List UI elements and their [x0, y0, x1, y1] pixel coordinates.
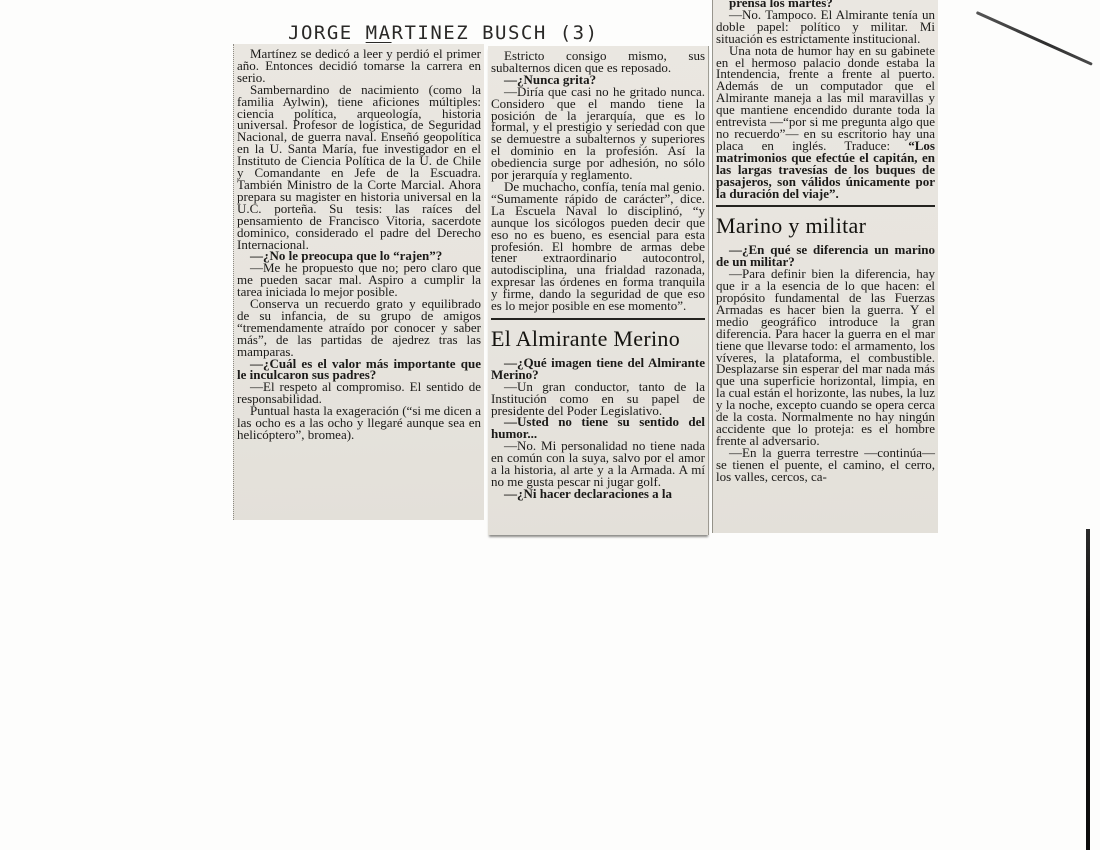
news-clipping-column-1: Martínez se dedicó a leer y perdió el pr… — [233, 44, 484, 520]
text-run: Martínez se dedicó a leer y perdió el pr… — [237, 46, 481, 85]
interview-question: —Usted no tiene su sentido del humor... — [491, 416, 705, 440]
text-run: Marino y militar — [716, 213, 866, 238]
paragraph: Una nota de humor hay en su gabinete en … — [716, 45, 935, 200]
text-run: —En la guerra terrestre —continúa— se ti… — [716, 445, 935, 484]
interview-question: —¿En qué se diferencia un marino de un m… — [716, 244, 935, 268]
text-run: Sambernardino de nacimiento (como la fam… — [237, 82, 481, 252]
paragraph: —Me he propuesto que no; pero claro que … — [237, 262, 481, 298]
underlined-text: MA — [366, 22, 392, 44]
paragraph: —No. Mi personalidad no tiene nada en co… — [491, 440, 705, 488]
paragraph: —No. Tampoco. El Almirante tenía un dobl… — [716, 9, 935, 45]
paragraph: Martínez se dedicó a leer y perdió el pr… — [237, 48, 481, 84]
text-run: —Me he propuesto que no; pero claro que … — [237, 260, 481, 299]
text-run: —No. Mi personalidad no tiene nada en co… — [491, 438, 705, 489]
section-divider — [716, 205, 935, 207]
typed-caption: JORGE MARTINEZ BUSCH (3) — [288, 22, 599, 44]
text-run: RTINEZ BUSCH (3) — [392, 22, 599, 44]
paragraph: Conserva un recuerdo grato y equilibrado… — [237, 298, 481, 358]
scan-edge-line — [1086, 529, 1090, 850]
text-run: Puntual hasta la exageración (“si me dic… — [237, 403, 481, 442]
interview-question: —¿Cuál es el valor más importante que le… — [237, 358, 481, 382]
paragraph: Puntual hasta la exageración (“si me dic… — [237, 405, 481, 441]
text-run: —Un gran conductor, tanto de la Instituc… — [491, 379, 705, 418]
section-headline: Marino y militar — [716, 213, 935, 238]
text-run: —¿Ni hacer declaraciones a la — [504, 486, 672, 501]
text-run: Una nota de humor hay en su gabinete en … — [716, 43, 935, 153]
text-run: De muchacho, confía, tenía mal genio. “S… — [491, 179, 705, 313]
news-clipping-column-2: Estricto consigo mismo, sus subalternos … — [488, 46, 709, 535]
paragraph: —Diría que casi no he gritado nunca. Con… — [491, 86, 705, 181]
section-headline: El Almirante Merino — [491, 326, 705, 351]
paragraph: —En la guerra terrestre —continúa— se ti… — [716, 447, 935, 483]
paragraph: —El respeto al compromiso. El sentido de… — [237, 381, 481, 405]
paragraph: Sambernardino de nacimiento (como la fam… — [237, 84, 481, 251]
paragraph: De muchacho, confía, tenía mal genio. “S… — [491, 181, 705, 312]
text-run: —No. Tampoco. El Almirante tenía un dobl… — [716, 7, 935, 46]
interview-question: —¿Ni hacer declaraciones a la — [491, 488, 705, 500]
news-clipping-column-3: prensa los martes?—No. Tampoco. El Almir… — [712, 0, 938, 533]
text-run: El Almirante Merino — [491, 326, 680, 351]
text-run: —Para definir bien la diferencia, hay qu… — [716, 266, 935, 448]
paragraph: Estricto consigo mismo, sus subalternos … — [491, 50, 705, 74]
section-divider — [491, 318, 705, 320]
paragraph: —Un gran conductor, tanto de la Instituc… — [491, 381, 705, 417]
pen-stroke-mark — [976, 11, 1093, 65]
interview-question: —¿Qué imagen tiene del Almirante Merino? — [491, 357, 705, 381]
paragraph: —Para definir bien la diferencia, hay qu… — [716, 268, 935, 447]
scrapbook-page: JORGE MARTINEZ BUSCH (3) Martínez se ded… — [0, 0, 1100, 850]
text-run: Conserva un recuerdo grato y equilibrado… — [237, 296, 481, 359]
text-run: —Diría que casi no he gritado nunca. Con… — [491, 84, 705, 182]
text-run: JORGE — [288, 22, 366, 44]
